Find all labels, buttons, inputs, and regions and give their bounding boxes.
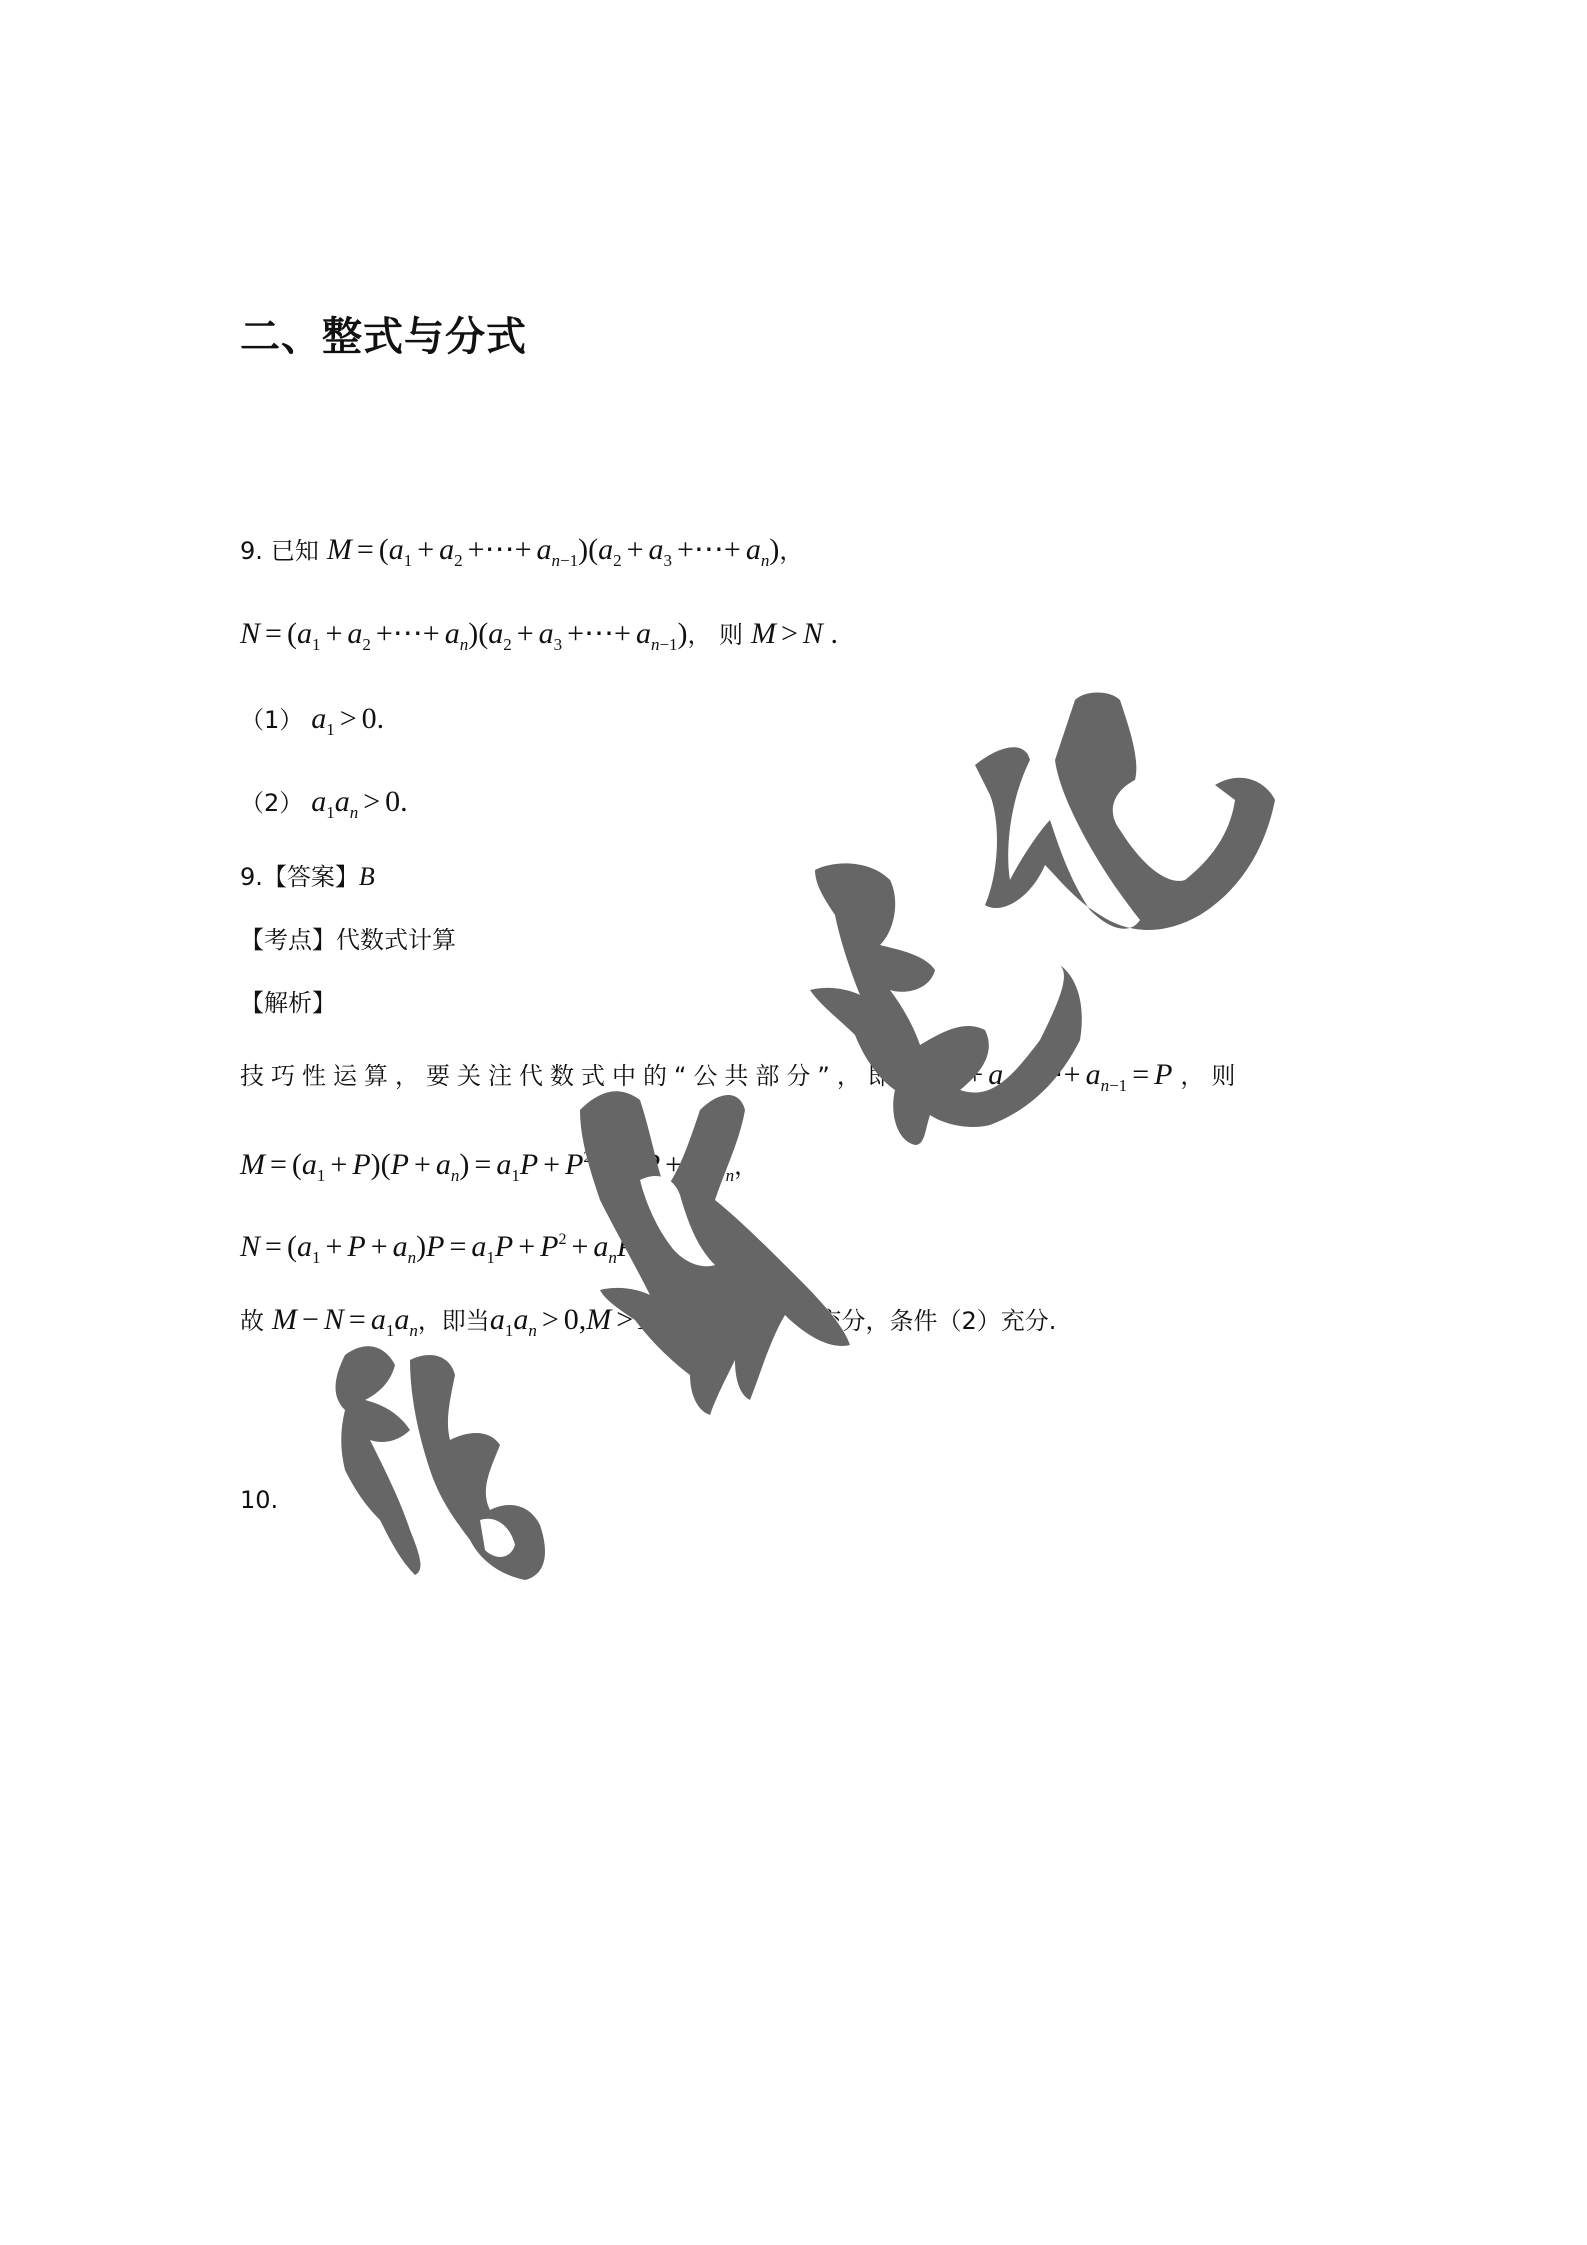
conclusion-prefix: 故	[240, 1307, 264, 1335]
condition-2-expr: a1an>0.	[311, 785, 407, 818]
problem-10-number: 10.	[240, 1480, 278, 1520]
explanation-N-line: N=(a1+P+an)P=a1P+P2+anP	[240, 1220, 635, 1278]
answer-line: 9.【答案】B	[240, 857, 375, 897]
condition-2: （2） a1an>0.	[240, 782, 408, 833]
kaodian-tag: 【考点】	[240, 926, 336, 954]
kaodian-value: 代数式计算	[336, 926, 456, 954]
stem-claim: M>N .	[751, 617, 838, 650]
intro-text: 技巧性运算，要关注代数式中的“公共部分”，即设	[240, 1062, 930, 1090]
document-page: 二、整式与分式 9. 已知 M=(a1+a2+⋯+an−1)(a2+a3+⋯+a…	[0, 0, 1587, 2245]
answer-tag: 【答案】	[263, 863, 359, 891]
problem-9-stem-line-1: 9. 已知 M=(a1+a2+⋯+an−1)(a2+a3+⋯+an)，	[240, 530, 803, 581]
conclusion-tail: ，条件（1）不充分，条件（2）充分.	[658, 1307, 1056, 1335]
condition-label: （2）	[240, 789, 303, 817]
condition-1-expr: a1>0.	[311, 702, 384, 735]
jiexi-line: 【解析】	[240, 983, 336, 1023]
stem-then: 则	[719, 621, 743, 649]
explanation-M-line: M=(a1+P)(P+an)=a1P+P2+anP+a1an，	[240, 1138, 758, 1196]
explanation-intro: 技巧性运算，要关注代数式中的“公共部分”，即设 a2+a3+⋯+an−1=P ，…	[240, 1055, 1242, 1106]
intro-tail: ，则	[1180, 1062, 1242, 1090]
explanation-conclusion: 故 M−N=a1an，即当a1an>0,M>N，条件（1）不充分，条件（2）充分…	[240, 1300, 1056, 1351]
stem-N-formula: N=(a1+a2+⋯+an)(a2+a3+⋯+an−1)，	[240, 617, 719, 650]
condition-1: （1） a1>0.	[240, 699, 384, 750]
section-title: 二、整式与分式	[240, 305, 527, 362]
answer-value: B	[359, 862, 375, 891]
problem-number: 9.	[240, 537, 263, 565]
conclusion-mid: ，即当	[418, 1307, 490, 1335]
stem-prefix: 已知	[271, 537, 319, 565]
answer-prefix: 9.	[240, 863, 263, 891]
N-expansion: N=(a1+P+an)P=a1P+P2+anP	[240, 1230, 635, 1263]
problem-number: 10.	[240, 1486, 278, 1514]
intro-expr: a2+a3+⋯+an−1=P	[938, 1058, 1173, 1091]
jiexi-tag: 【解析】	[240, 989, 336, 1017]
M-expansion: M=(a1+P)(P+an)=a1P+P2+anP+a1an，	[240, 1148, 758, 1181]
problem-9-stem-line-2: N=(a1+a2+⋯+an)(a2+a3+⋯+an−1)， 则 M>N .	[240, 614, 838, 665]
condition-label: （1）	[240, 706, 303, 734]
calligraphy-watermark-icon	[0, 0, 1587, 2245]
conclusion-expr: M−N=a1an	[272, 1303, 418, 1336]
kaodian-line: 【考点】代数式计算	[240, 920, 456, 960]
stem-M-formula: M=(a1+a2+⋯+an−1)(a2+a3+⋯+an)，	[327, 533, 804, 566]
conclusion-expr2: a1an>0,M>N	[490, 1303, 658, 1336]
